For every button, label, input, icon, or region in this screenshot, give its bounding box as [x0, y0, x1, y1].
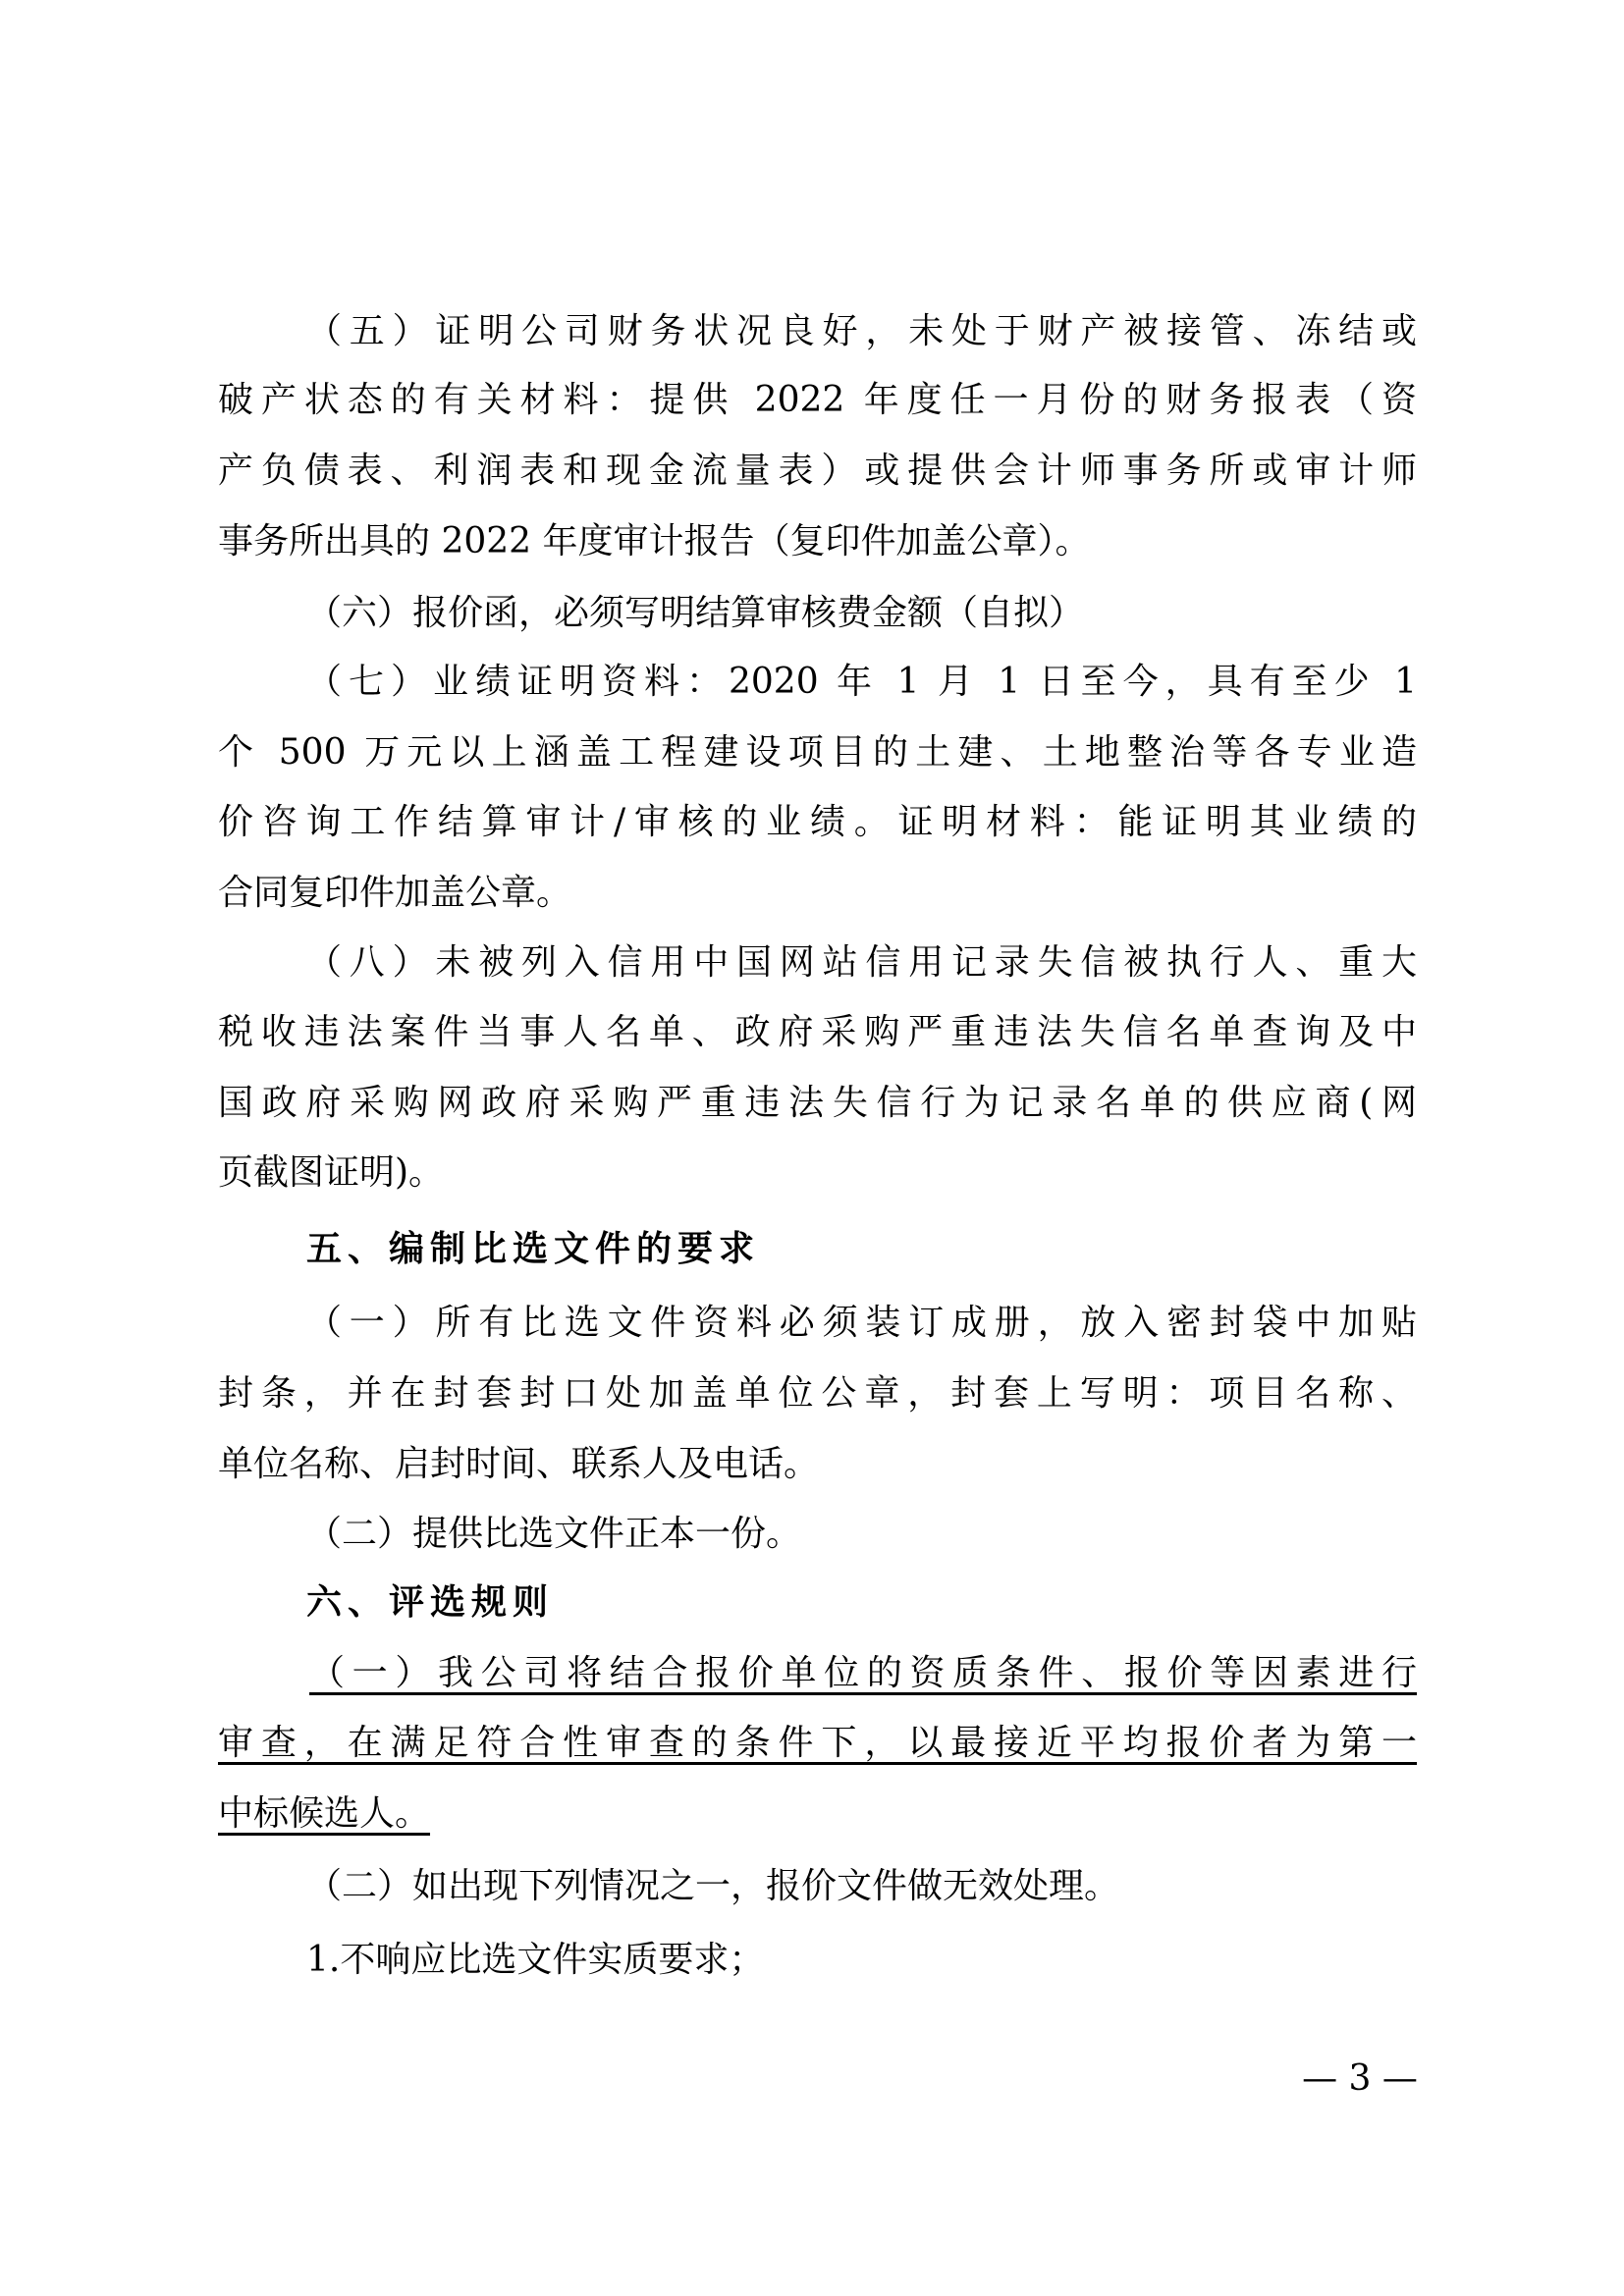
underlined-paragraph-line: 审查，在满足符合性审查的条件下，以最接近平均报价者为第一	[218, 1719, 1417, 1768]
paragraph-line: （七）业绩证明资料：2020 年 1 月 1 日至今，具有至少 1	[306, 658, 1417, 707]
paragraph-line: 封条，并在封套封口处加盖单位公章，封套上写明：项目名称、	[218, 1369, 1417, 1418]
paragraph-line: （一）所有比选文件资料必须装订成册，放入密封袋中加贴	[306, 1299, 1417, 1348]
paragraph-line: 国政府采购网政府采购严重违法失信行为记录名单的供应商(网	[218, 1079, 1417, 1128]
underlined-paragraph-line: 中标候选人。	[218, 1789, 1417, 1839]
paragraph-line: 页截图证明)。	[218, 1148, 1417, 1198]
paragraph-line: （二）如出现下列情况之一，报价文件做无效处理。	[306, 1862, 1417, 1911]
paragraph-line: （五）证明公司财务状况良好，未处于财产被接管、冻结或	[306, 307, 1417, 356]
paragraph-line: 价咨询工作结算审计/审核的业绩。证明材料：能证明其业绩的	[218, 798, 1417, 847]
section-heading-5: 五、编制比选文件的要求	[306, 1225, 760, 1274]
page-number: — 3 —	[1276, 2056, 1443, 2103]
paragraph-line: 产负债表、利润表和现金流量表）或提供会计师事务所或审计师	[218, 447, 1417, 496]
paragraph-line: 事务所出具的 2022 年度审计报告（复印件加盖公章）。	[218, 517, 1417, 566]
paragraph-line: 合同复印件加盖公章。	[218, 869, 1417, 918]
paragraph-line: 个 500 万元以上涵盖工程建设项目的土建、土地整治等各专业造	[218, 728, 1417, 777]
paragraph-line: （六）报价函，必须写明结算审核费金额（自拟）	[306, 589, 1417, 638]
underlined-paragraph-line: （一）我公司将结合报价单位的资质条件、报价等因素进行	[309, 1649, 1417, 1698]
section-heading-6: 六、评选规则	[306, 1578, 554, 1628]
paragraph-line: （二）提供比选文件正本一份。	[306, 1510, 1417, 1559]
paragraph-line: 单位名称、启封时间、联系人及电话。	[218, 1440, 1417, 1489]
paragraph-line: 破产状态的有关材料：提供 2022 年度任一月份的财务报表（资	[218, 376, 1417, 425]
list-item: 1.不响应比选文件实质要求；	[306, 1936, 1417, 1985]
paragraph-line: 税收违法案件当事人名单、政府采购严重违法失信名单查询及中	[218, 1008, 1417, 1057]
document-page: （五）证明公司财务状况良好，未处于财产被接管、冻结或 破产状态的有关材料：提供 …	[0, 0, 1624, 2296]
paragraph-line: （八）未被列入信用中国网站信用记录失信被执行人、重大	[306, 938, 1417, 988]
